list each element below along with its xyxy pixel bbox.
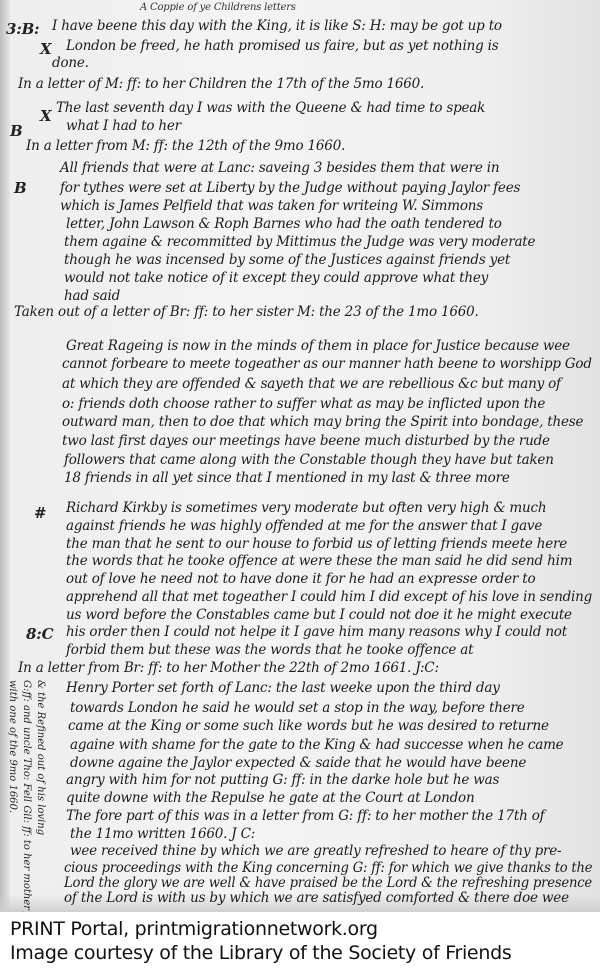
manuscript-line: Lord the glory we are well & have praise… [64, 875, 592, 891]
manuscript-line: the man that he sent to our house to for… [66, 536, 567, 552]
manuscript-line: the 11mo written 1660. J C: [70, 826, 255, 842]
manuscript-line: the words that he tooke offence at were … [66, 553, 572, 569]
manuscript-line: what I had to her [66, 118, 181, 134]
manuscript-line: Henry Porter set forth of Lanc: the last… [66, 680, 500, 696]
manuscript-line: though he was incensed by some of the Ju… [64, 252, 510, 268]
manuscript-line: out of love he need not to have done it … [66, 571, 535, 587]
margin-mark: X [40, 107, 51, 125]
manuscript-line: I have beene this day with the King, it … [52, 18, 502, 34]
manuscript-line: outward man, then to doe that which may … [62, 414, 583, 430]
header-note: A Coppie of ye Childrens letters [140, 2, 296, 13]
manuscript-line: apprehend all that met togeather I could… [66, 589, 592, 605]
manuscript-line: forbid them but these was the words that… [66, 642, 473, 658]
manuscript-line: would not take notice of it except they … [64, 270, 488, 286]
margin-note-vertical: & the Refined out of his loving [35, 680, 46, 835]
manuscript-line: cannot forbeare to meete togeather as ou… [62, 356, 592, 372]
manuscript-line: done. [52, 55, 89, 71]
manuscript-line: cious proceedings with the King concerni… [64, 860, 592, 876]
margin-mark: B [10, 122, 22, 140]
margin-mark: 8:C [26, 625, 53, 643]
manuscript-line: for tythes were set at Liberty by the Ju… [60, 180, 520, 196]
section-heading: The fore part of this was in a letter fr… [66, 808, 544, 824]
section-heading: In a letter of M: ff: to her Children th… [18, 76, 424, 92]
margin-mark: 3:B: [6, 20, 39, 38]
manuscript-line: against friends he was highly offended a… [66, 518, 542, 534]
manuscript-line: wee received thine by which we are great… [70, 843, 561, 859]
margin-mark: # [34, 504, 46, 522]
manuscript-line: two last first dayes our meetings have b… [62, 433, 550, 449]
manuscript-line: came at the King or some such like words… [68, 718, 549, 734]
manuscript-line: letter, John Lawson & Roph Barnes who ha… [66, 216, 502, 232]
caption-source: PRINT Portal, printmigrationnetwork.org [10, 918, 378, 940]
manuscript-line: angry with him for not putting G: ff: in… [66, 772, 499, 788]
manuscript-line: The last seventh day I was with the Quee… [56, 100, 485, 116]
manuscript-line: of the Lord is with us by which we are s… [64, 890, 569, 906]
manuscript-line: againe with shame for the gate to the Ki… [70, 737, 563, 753]
manuscript-line: Richard Kirkby is sometimes very moderat… [66, 500, 546, 516]
manuscript-line: towards London he said he would set a st… [70, 700, 525, 716]
margin-note-vertical: G:ff: and uncle Tho: Fell Gil: ff: to he… [21, 680, 32, 912]
manuscript-line: Great Rageing is now in the minds of the… [66, 338, 570, 354]
caption-credit: Image courtesy of the Library of the Soc… [10, 942, 511, 964]
manuscript-line: All friends that were at Lanc: saveing 3… [60, 160, 499, 176]
section-heading: In a letter from M: ff: the 12th of the … [26, 138, 345, 154]
section-heading: Taken out of a letter of Br: ff: to her … [14, 304, 479, 320]
manuscript-line: 18 friends in all yet since that I menti… [64, 470, 510, 486]
section-heading: In a letter from Br: ff: to her Mother t… [18, 660, 439, 676]
manuscript-line: downe againe the Jaylor expected & saide… [70, 755, 526, 771]
manuscript-line: his order then I could not helpe it I ga… [66, 624, 567, 640]
margin-mark: X [40, 40, 51, 58]
margin-note-vertical: with one of the 9mo 1660. [7, 680, 18, 813]
manuscript-scan: A Coppie of ye Childrens letters 3:B: X … [0, 0, 600, 912]
manuscript-line: followers that came along with the Const… [64, 452, 554, 468]
margin-mark: B [14, 179, 26, 197]
manuscript-line: at which they are offended & sayeth that… [62, 376, 561, 392]
manuscript-line: o: friends doth choose rather to suffer … [62, 396, 545, 412]
manuscript-line: them againe & recommitted by Mittimus th… [64, 234, 535, 250]
manuscript-line: had said [64, 288, 120, 304]
manuscript-line: London be freed, he hath promised us fai… [66, 38, 499, 54]
manuscript-line: quite downe with the Repulse he gate at … [66, 790, 474, 806]
manuscript-line: which is James Pelfield that was taken f… [60, 198, 483, 214]
manuscript-line: us word before the Constables came but I… [66, 607, 572, 623]
